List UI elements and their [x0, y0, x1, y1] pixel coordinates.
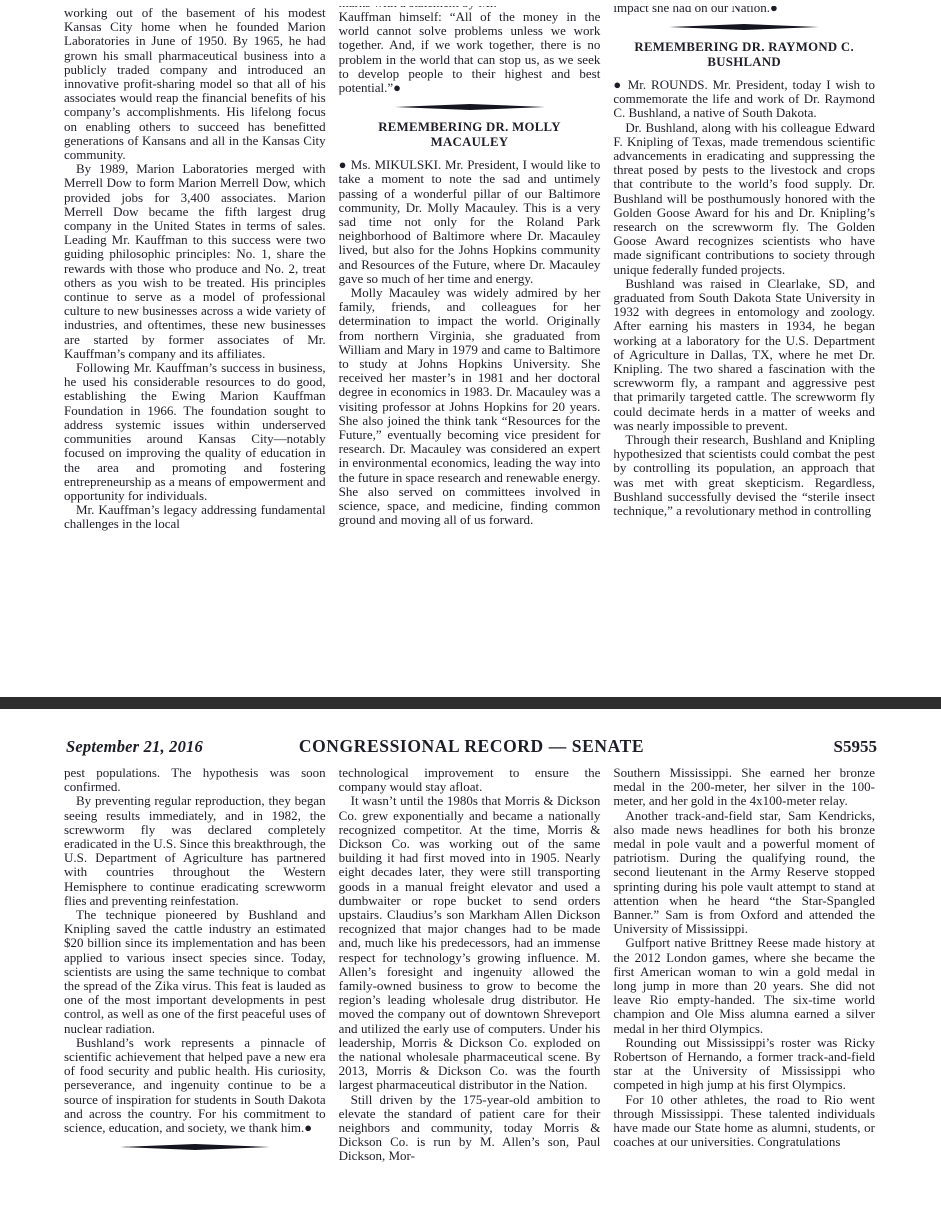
section-divider [339, 103, 601, 111]
paragraph: It wasn’t until the 1980s that Morris & … [339, 794, 601, 1092]
paragraph: Southern Mississippi. She earned her bro… [613, 766, 875, 809]
clipped-line: impact she had on our Nation.● [613, 6, 875, 15]
article-heading-macauley: REMEMBERING DR. MOLLY MACAULEY [339, 120, 601, 150]
top-column-2: marks with a statement by Mr. Kauffman h… [339, 6, 601, 532]
paragraph: ● Ms. MIKULSKI. Mr. President, I would l… [339, 158, 601, 286]
paragraph: working out of the basement of his modes… [64, 6, 326, 162]
article-heading-bushland: REMEMBERING DR. RAYMOND C. BUSHLAND [613, 40, 875, 70]
paragraph: By preventing regular reproduction, they… [64, 794, 326, 908]
bottom-column-1: pest populations. The hypothesis was soo… [64, 766, 326, 1226]
top-column-1: working out of the basement of his modes… [64, 6, 326, 532]
bottom-page-fragment: September 21, 2016 CONGRESSIONAL RECORD … [0, 709, 941, 1226]
header-title: CONGRESSIONAL RECORD — SENATE [256, 736, 687, 757]
bottom-column-2: technological improvement to ensure the … [339, 766, 601, 1226]
paragraph: Kauffman himself: “All of the money in t… [339, 10, 601, 95]
paragraph: Mr. Kauffman’s legacy addressing fundame… [64, 503, 326, 531]
paragraph: ● Mr. ROUNDS. Mr. President, today I wis… [613, 78, 875, 121]
swelled-rule-icon [669, 23, 819, 31]
bottom-column-3: Southern Mississippi. She earned her bro… [613, 766, 875, 1226]
record-header: September 21, 2016 CONGRESSIONAL RECORD … [0, 709, 941, 766]
swelled-rule-icon [120, 1143, 270, 1151]
top-column-3: impact she had on our Nation.● REMEMBERI… [613, 6, 875, 532]
paragraph: Molly Macauley was widely admired by her… [339, 286, 601, 527]
paragraph: Through their research, Bushland and Kni… [613, 433, 875, 518]
paragraph: Bushland was raised in Clearlake, SD, an… [613, 277, 875, 433]
paragraph: For 10 other athletes, the road to Rio w… [613, 1093, 875, 1150]
paragraph: Dr. Bushland, along with his colleague E… [613, 121, 875, 277]
paragraph: Still driven by the 175-year-old ambitio… [339, 1093, 601, 1164]
swelled-rule-icon [395, 103, 545, 111]
paragraph: technological improvement to ensure the … [339, 766, 601, 794]
page-edge-bar [0, 697, 941, 709]
header-date: September 21, 2016 [66, 737, 256, 757]
bottom-columns: pest populations. The hypothesis was soo… [0, 766, 941, 1226]
paragraph: Bushland’s work represents a pinnacle of… [64, 1036, 326, 1135]
paragraph: The technique pioneered by Bushland and … [64, 908, 326, 1036]
section-divider [64, 1143, 326, 1151]
clipped-line-text: impact she had on our Nation.● [613, 6, 875, 15]
paragraph: By 1989, Marion Laboratories merged with… [64, 162, 326, 361]
paragraph: Gulfport native Brittney Reese made hist… [613, 936, 875, 1035]
paragraph: Another track-and-field star, Sam Kendri… [613, 809, 875, 937]
paragraph: Rounding out Mississippi’s roster was Ri… [613, 1036, 875, 1093]
top-columns: working out of the basement of his modes… [0, 6, 941, 532]
header-page-number: S5955 [687, 737, 877, 757]
paragraph: Following Mr. Kauffman’s success in busi… [64, 361, 326, 503]
paragraph: pest populations. The hypothesis was soo… [64, 766, 326, 794]
congressional-record-scan: working out of the basement of his modes… [0, 0, 941, 1227]
top-page-fragment: working out of the basement of his modes… [0, 0, 941, 697]
section-divider [613, 23, 875, 31]
